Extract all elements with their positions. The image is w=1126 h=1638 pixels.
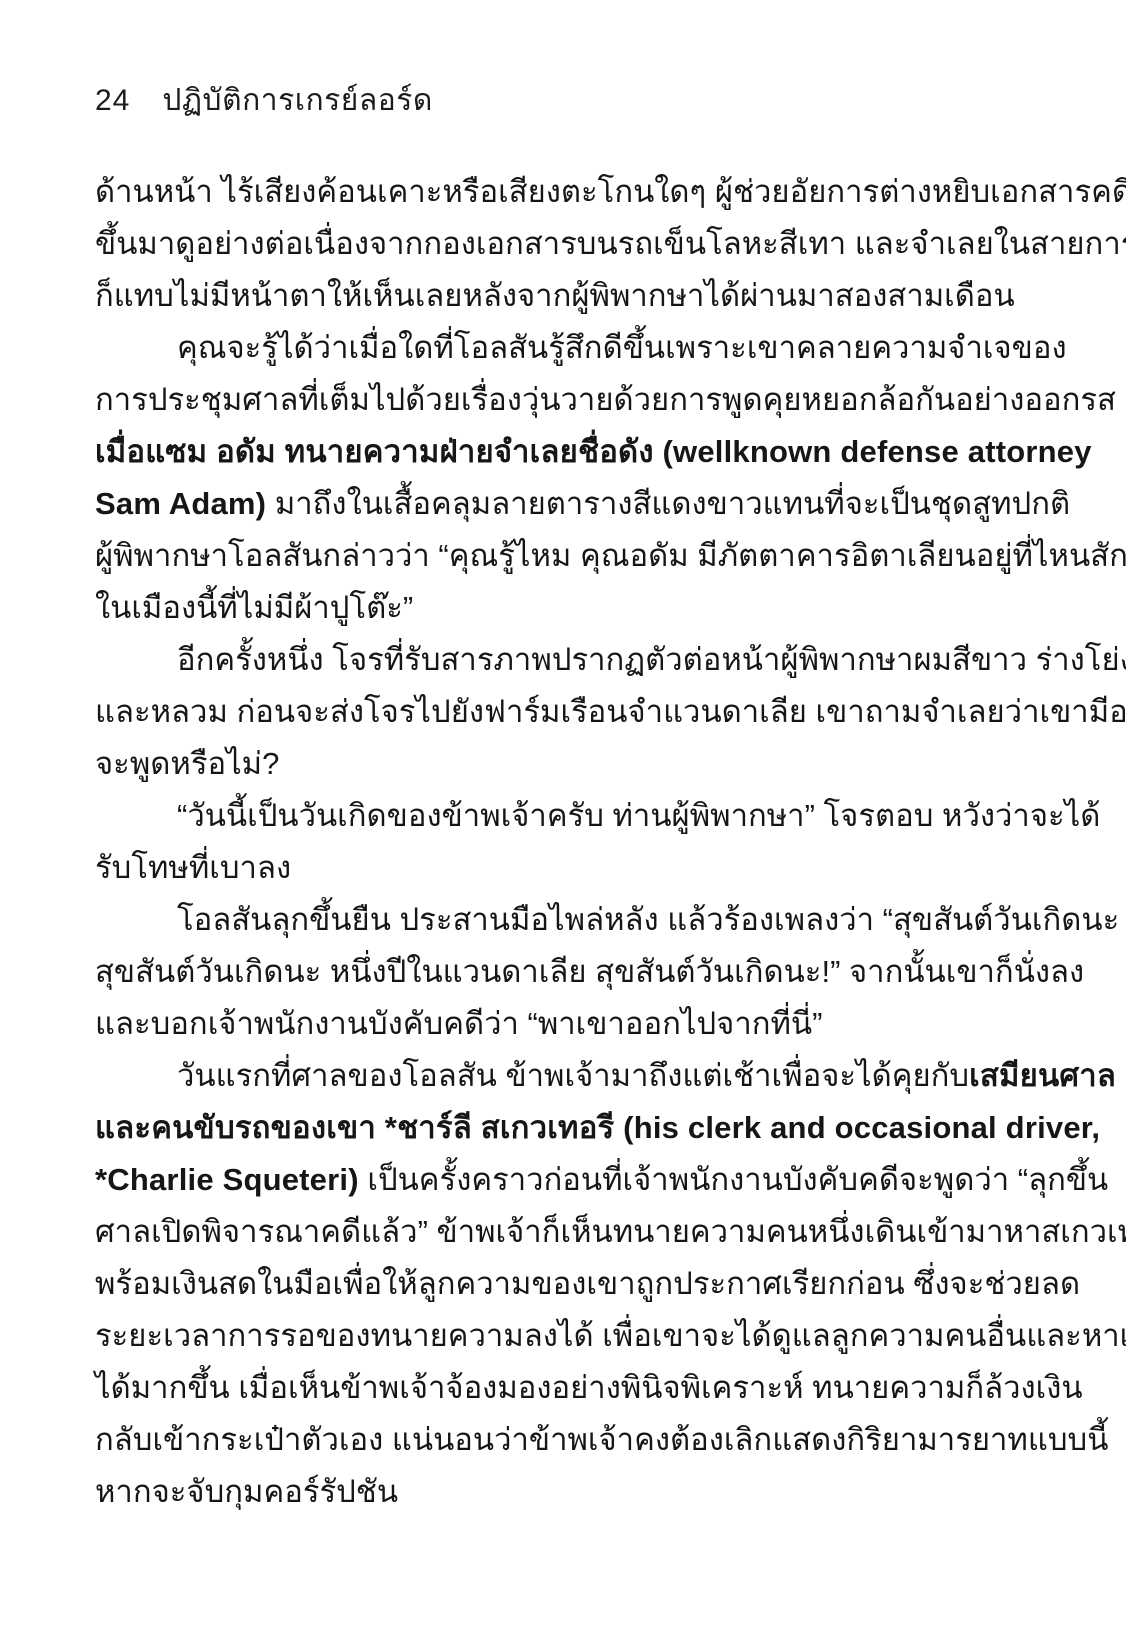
body-text: คุณจะรู้ได้ว่าเมื่อใดที่โอลสันรู้สึกดีขึ… [177,330,1067,365]
text-line: ก็แทบไม่มีหน้าตาให้เห็นเลยหลังจากผู้พิพา… [95,270,1036,322]
body-text: ขึ้นมาดูอย่างต่อเนื่องจากกองเอกสารบนรถเข… [95,226,1126,261]
book-page: 24 ปฏิบัติการเกรย์ลอร์ด ด้านหน้า ไร้เสีย… [0,0,1126,1638]
body-text: และหลวม ก่อนจะส่งโจรไปยังฟาร์มเรือนจำแวน… [95,694,1126,729]
body-text: โอลสันลุกขึ้นยืน ประสานมือไพล่หลัง แล้วร… [177,902,1119,937]
text-line: Sam Adam) มาถึงในเสื้อคลุมลายตารางสีแดงข… [95,478,1036,530]
paragraph: โอลสันลุกขึ้นยืน ประสานมือไพล่หลัง แล้วร… [95,894,1036,1050]
text-line: อีกครั้งหนึ่ง โจรที่รับสารภาพปรากฏตัวต่อ… [95,634,1036,686]
text-line: สุขสันต์วันเกิดนะ หนึ่งปีในแวนดาเลีย สุข… [95,946,1036,998]
text-line: ระยะเวลาการรอของทนายความลงได้ เพื่อเขาจะ… [95,1310,1036,1362]
text-line: หากจะจับกุมคอร์รัปชัน [95,1466,1036,1518]
body-text: สุขสันต์วันเกิดนะ หนึ่งปีในแวนดาเลีย สุข… [95,954,1084,989]
text-line: พร้อมเงินสดในมือเพื่อให้ลูกความของเขาถูก… [95,1258,1036,1310]
body-text: ก็แทบไม่มีหน้าตาให้เห็นเลยหลังจากผู้พิพา… [95,278,1015,313]
body-text: การประชุมศาลที่เต็มไปด้วยเรื่องวุ่นวายด้… [95,382,1116,417]
body-text: รับโทษที่เบาลง [95,850,291,885]
text-line: ได้มากขึ้น เมื่อเห็นข้าพเจ้าจ้องมองอย่าง… [95,1362,1036,1414]
body-text: อีกครั้งหนึ่ง โจรที่รับสารภาพปรากฏตัวต่อ… [177,642,1126,677]
text-line: ศาลเปิดพิจารณาคดีแล้ว” ข้าพเจ้าก็เห็นทนา… [95,1206,1036,1258]
body-text: ระยะเวลาการรอของทนายความลงได้ เพื่อเขาจะ… [95,1318,1126,1353]
body-text: กลับเข้ากระเป๋าตัวเอง แน่นอนว่าข้าพเจ้าค… [95,1422,1108,1457]
text-line: คุณจะรู้ได้ว่าเมื่อใดที่โอลสันรู้สึกดีขึ… [95,322,1036,374]
text-line: *Charlie Squeteri) เป็นครั้งคราวก่อนที่เ… [95,1154,1036,1206]
paragraph: อีกครั้งหนึ่ง โจรที่รับสารภาพปรากฏตัวต่อ… [95,634,1036,790]
text-line: ในเมืองนี้ที่ไม่มีผ้าปูโต๊ะ” [95,582,1036,634]
body-text: หากจะจับกุมคอร์รัปชัน [95,1474,398,1509]
body-text: วันแรกที่ศาลของโอลสัน ข้าพเจ้ามาถึงแต่เช… [177,1058,969,1093]
text-line: ขึ้นมาดูอย่างต่อเนื่องจากกองเอกสารบนรถเข… [95,218,1036,270]
body-text: พร้อมเงินสดในมือเพื่อให้ลูกความของเขาถูก… [95,1266,1080,1301]
paragraph: “วันนี้เป็นวันเกิดของข้าพเจ้าครับ ท่านผู… [95,790,1036,894]
body-text: เป็นครั้งคราวก่อนที่เจ้าพนักงานบังคับคดี… [359,1162,1109,1197]
emphasis-text: *Charlie Squeteri) [95,1162,359,1197]
text-line: การประชุมศาลที่เต็มไปด้วยเรื่องวุ่นวายด้… [95,374,1036,426]
text-line: โอลสันลุกขึ้นยืน ประสานมือไพล่หลัง แล้วร… [95,894,1036,946]
body-text: มาถึงในเสื้อคลุมลายตารางสีแดงขาวแทนที่จะ… [266,486,1070,521]
emphasis-text: เมื่อแซม อดัม ทนายความฝ่ายจำเลยชื่อดัง (… [95,434,1092,469]
page-content: ด้านหน้า ไร้เสียงค้อนเคาะหรือเสียงตะโกนใ… [95,166,1036,1518]
running-header: 24 ปฏิบัติการเกรย์ลอร์ด [95,84,433,118]
text-line: “วันนี้เป็นวันเกิดของข้าพเจ้าครับ ท่านผู… [95,790,1036,842]
paragraph: คุณจะรู้ได้ว่าเมื่อใดที่โอลสันรู้สึกดีขึ… [95,322,1036,634]
page-number: 24 [95,84,130,118]
body-text: “วันนี้เป็นวันเกิดของข้าพเจ้าครับ ท่านผู… [177,798,1100,833]
emphasis-text: และคนขับรถของเขา *ชาร์ลี สเกวเทอรี (his … [95,1110,1100,1145]
text-line: และหลวม ก่อนจะส่งโจรไปยังฟาร์มเรือนจำแวน… [95,686,1036,738]
body-text: ผู้พิพากษาโอลสันกล่าวว่า “คุณรู้ไหม คุณอ… [95,538,1126,573]
text-line: และคนขับรถของเขา *ชาร์ลี สเกวเทอรี (his … [95,1102,1036,1154]
text-line: กลับเข้ากระเป๋าตัวเอง แน่นอนว่าข้าพเจ้าค… [95,1414,1036,1466]
book-title: ปฏิบัติการเกรย์ลอร์ด [162,84,432,118]
text-line: เมื่อแซม อดัม ทนายความฝ่ายจำเลยชื่อดัง (… [95,426,1036,478]
paragraph: ด้านหน้า ไร้เสียงค้อนเคาะหรือเสียงตะโกนใ… [95,166,1036,322]
body-text: ในเมืองนี้ที่ไม่มีผ้าปูโต๊ะ” [95,590,413,625]
text-line: จะพูดหรือไม่? [95,738,1036,790]
text-line: ด้านหน้า ไร้เสียงค้อนเคาะหรือเสียงตะโกนใ… [95,166,1036,218]
body-text: ด้านหน้า ไร้เสียงค้อนเคาะหรือเสียงตะโกนใ… [95,174,1126,209]
emphasis-text: เสมียนศาล [969,1058,1116,1093]
text-line: ผู้พิพากษาโอลสันกล่าวว่า “คุณรู้ไหม คุณอ… [95,530,1036,582]
body-text: ได้มากขึ้น เมื่อเห็นข้าพเจ้าจ้องมองอย่าง… [95,1370,1083,1405]
text-line: รับโทษที่เบาลง [95,842,1036,894]
paragraph: วันแรกที่ศาลของโอลสัน ข้าพเจ้ามาถึงแต่เช… [95,1050,1036,1518]
text-line: วันแรกที่ศาลของโอลสัน ข้าพเจ้ามาถึงแต่เช… [95,1050,1036,1102]
emphasis-text: Sam Adam) [95,486,266,521]
text-line: และบอกเจ้าพนักงานบังคับคดีว่า “พาเขาออกไ… [95,998,1036,1050]
body-text: ศาลเปิดพิจารณาคดีแล้ว” ข้าพเจ้าก็เห็นทนา… [95,1214,1126,1249]
body-text: จะพูดหรือไม่? [95,746,279,781]
body-text: และบอกเจ้าพนักงานบังคับคดีว่า “พาเขาออกไ… [95,1006,822,1041]
